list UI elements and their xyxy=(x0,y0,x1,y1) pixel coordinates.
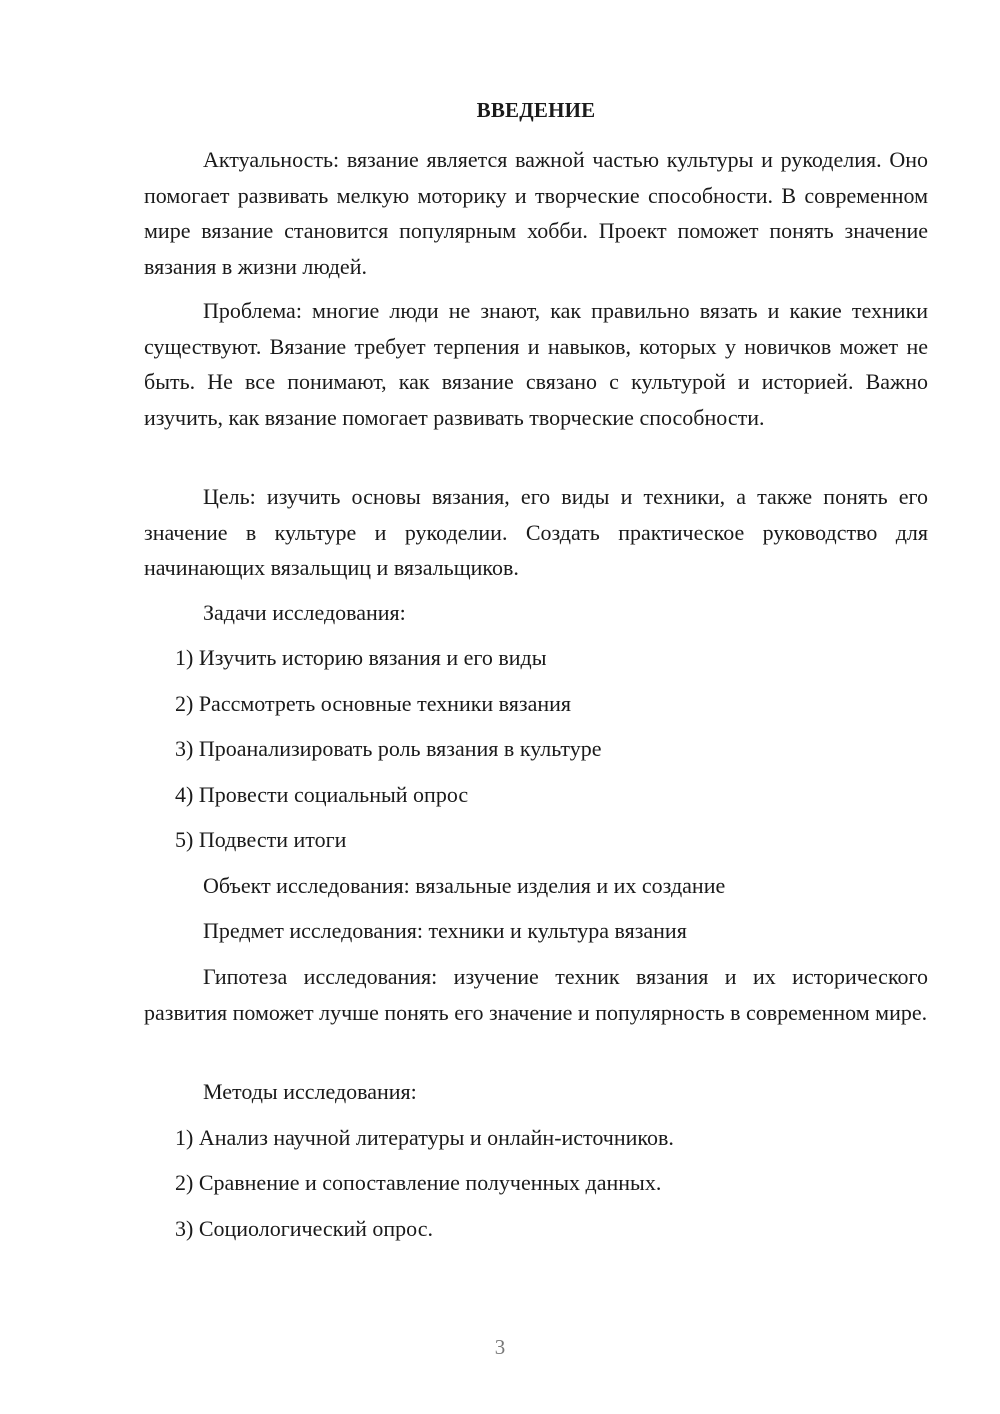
section-title: ВВЕДЕНИЕ xyxy=(144,98,928,123)
tasks-heading: Задачи исследования: xyxy=(203,595,406,631)
task-item: 1) Изучить историю вязания и его виды xyxy=(175,640,547,676)
task-item: 4) Провести социальный опрос xyxy=(175,777,468,813)
task-item: 2) Рассмотреть основные техники вязания xyxy=(175,686,571,722)
hypothesis-paragraph: Гипотеза исследования: изучение техник в… xyxy=(144,959,928,1030)
method-item: 2) Сравнение и сопоставление полученных … xyxy=(175,1165,661,1201)
methods-heading: Методы исследования: xyxy=(203,1074,417,1110)
task-item: 3) Проанализировать роль вязания в культ… xyxy=(175,731,602,767)
method-item: 1) Анализ научной литературы и онлайн-ис… xyxy=(175,1120,674,1156)
goal-paragraph: Цель: изучить основы вязания, его виды и… xyxy=(144,479,928,586)
problem-paragraph: Проблема: многие люди не знают, как прав… xyxy=(144,293,928,435)
research-object: Объект исследования: вязальные изделия и… xyxy=(203,868,725,904)
research-subject: Предмет исследования: техники и культура… xyxy=(203,913,687,949)
task-item: 5) Подвести итоги xyxy=(175,822,346,858)
page-number: 3 xyxy=(0,1335,1000,1360)
method-item: 3) Социологический опрос. xyxy=(175,1211,433,1247)
relevance-paragraph: Актуальность: вязание является важной ча… xyxy=(144,142,928,284)
